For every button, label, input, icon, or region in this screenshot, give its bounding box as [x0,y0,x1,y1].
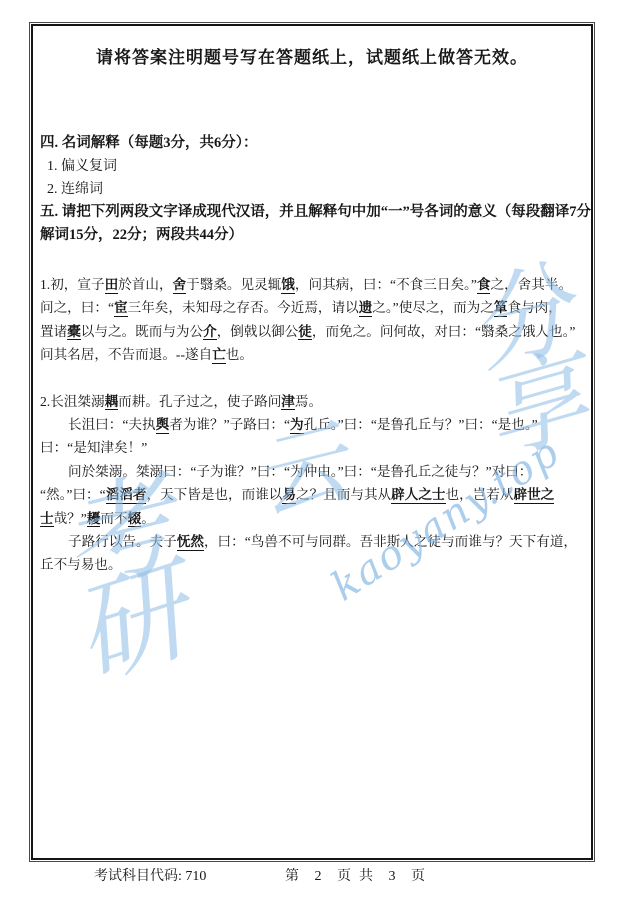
marked-word: 滔滔者 [106,487,147,504]
text-run: 孔丘。”曰：“是鲁孔丘与？”曰：“是也。” [304,417,538,432]
text-run: 置诸 [40,324,67,339]
passage-line: 士哉？”耰而不辍。 [40,507,587,530]
passage-2: 2.长沮桀溺耦而耕。孔子过之，使子路问津焉。 长沮曰：“夫执舆者为谁？”子路曰：… [40,390,587,577]
text-run: 三年矣，未知母之存否。今近焉，请以 [128,300,359,315]
page-number: 第 2 页 [285,864,357,890]
section4-heading: 四. 名词解释（每题3分，共6分）： [40,132,587,155]
marked-word: 宦 [114,300,128,317]
section4-item-1: 1. 偏义复词 [40,155,587,178]
marked-word: 橐 [67,324,81,341]
text-run: 之。”使尽之，而为之 [372,300,494,315]
text-run: 之？且而与其从 [296,487,391,502]
text-run: 2.长沮桀溺 [40,394,105,409]
marked-word: 士 [40,511,54,528]
passage-line: 问於桀溺。桀溺曰：“子为谁？”曰：“为仲由。”曰：“是鲁孔丘之徒与？”对曰： [40,460,587,483]
page-total: 共 3 页 [359,864,431,890]
marked-word: 饿 [281,277,295,294]
text-run: 丘不与易也。 [40,557,122,572]
passage-line: “然。”曰：“滔滔者，天下皆是也，而谁以易之？且而与其从辟人之士也，岂若从辟世之 [40,483,587,506]
text-run: 於首山， [118,277,172,292]
text-run: 长沮曰：“夫执 [68,417,156,432]
marked-word: 食 [477,277,491,294]
passage-line: 丘不与易也。 [40,553,587,576]
text-run: 于翳桑。见灵辄 [186,277,281,292]
text-run: 问其名居，不告而退。--遂自 [40,347,212,362]
text-run: 焉。 [295,394,322,409]
marked-word: 田 [105,277,119,294]
passage-line: 置诸橐以与之。既而与为公介，倒戟以御公徒，而免之。问何故，对曰：“翳桑之饿人也。… [40,320,587,343]
passage-line: 1.初，宣子田於首山，舍于翳桑。见灵辄饿，问其病，曰：“不食三日矣。”食之，舍其… [40,273,587,296]
text-run: 而耕。孔子过之，使子路问 [118,394,281,409]
text-run: 1.初，宣子 [40,277,105,292]
marked-word: 徒 [298,324,312,341]
text-run: ，曰：“鸟兽不可与同群。吾非斯人之徒与而谁与？天下有道， [204,534,577,549]
section5-heading-line2: 解词15分，22分；两段共44分） [40,224,587,247]
section5-heading-line1: 五. 请把下列两段文字译成现代汉语，并且解释句中加“一”号各词的意义（每段翻译7… [40,201,587,224]
text-run: 也。 [226,347,253,362]
marked-word: 辍 [128,511,142,528]
marked-word: 亡 [212,347,226,364]
text-run: 问於桀溺。桀溺曰：“子为谁？”曰：“为仲由。”曰：“是鲁孔丘之徒与？”对曰： [68,464,532,479]
marked-word: 辟人之士 [391,487,445,504]
marked-word: 耦 [105,394,119,411]
text-run: 者为谁？”子路曰：“ [169,417,290,432]
text-run: 曰：“是知津矣！” [40,440,147,455]
text-run: ，问其病，曰：“不食三日矣。” [295,277,477,292]
text-run: ，倒戟以御公 [217,324,299,339]
passage-line: 长沮曰：“夫执舆者为谁？”子路曰：“为孔丘。”曰：“是鲁孔丘与？”曰：“是也。” [40,413,587,436]
section4-item-2: 2. 连绵词 [40,178,587,201]
text-run: 而不 [100,511,127,526]
marked-word: 辟世之 [514,487,555,504]
passage-line: 2.长沮桀溺耦而耕。孔子过之，使子路问津焉。 [40,390,587,413]
text-run: ，天下皆是也，而谁以 [146,487,282,502]
text-run: 问之，曰：“ [40,300,114,315]
marked-word: 津 [281,394,295,411]
passage-line: 问其名居，不告而退。--遂自亡也。 [40,343,587,366]
passage-line: 曰：“是知津矣！” [40,436,587,459]
text-run: 哉？” [54,511,87,526]
text-run: 食与肉， [507,300,561,315]
subject-code: 考试科目代码: 710 [94,864,206,890]
marked-word: 为 [290,417,304,434]
exam-content: 四. 名词解释（每题3分，共6分）： 1. 偏义复词 2. 连绵词 五. 请把下… [33,132,591,577]
marked-word: 舍 [173,277,187,294]
text-run: 也，岂若从 [446,487,514,502]
answer-sheet-notice: 请将答案注明题号写在答题纸上，试题纸上做答无效。 [33,46,591,70]
marked-word: 怃然 [177,534,204,551]
text-run: “然。”曰：“ [40,487,106,502]
page-footer: 考试科目代码: 710 第 2 页 共 3 页 [31,864,589,890]
text-run: 之，舍其半。 [490,277,572,292]
marked-word: 箪 [494,300,508,317]
marked-word: 遗 [359,300,373,317]
passage-line: 子路行以告。夫子怃然，曰：“鸟兽不可与同群。吾非斯人之徒与而谁与？天下有道， [40,530,587,553]
text-run: ，而免之。问何故，对曰：“翳桑之饿人也。” [312,324,576,339]
text-run: 。 [141,511,155,526]
marked-word: 易 [282,487,296,504]
marked-word: 舆 [156,417,170,434]
passage-1: 1.初，宣子田於首山，舍于翳桑。见灵辄饿，问其病，曰：“不食三日矣。”食之，舍其… [40,273,587,367]
marked-word: 介 [203,324,217,341]
marked-word: 耰 [87,511,101,528]
text-run: 子路行以告。夫子 [68,534,177,549]
text-run: 以与之。既而与为公 [81,324,203,339]
exam-page-border-box: 请将答案注明题号写在答题纸上，试题纸上做答无效。 四. 名词解释（每题3分，共6… [31,24,593,860]
passage-line: 问之，曰：“宦三年矣，未知母之存否。今近焉，请以遗之。”使尽之，而为之箪食与肉， [40,296,587,319]
